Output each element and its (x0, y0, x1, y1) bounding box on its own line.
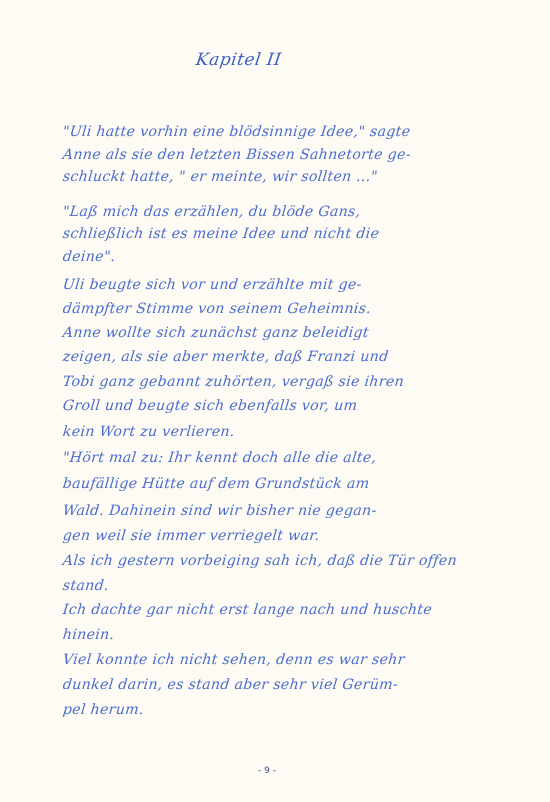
text-line: Als ich gestern vorbeiging sah ich, daß … (62, 553, 458, 569)
text-line: dämpfter Stimme von seinem Geheimnis. (62, 301, 372, 317)
text-line: Ich dachte gar nicht erst lange nach und… (62, 602, 433, 618)
text-line: schluckt hatte, " er meinte, wir sollten… (62, 169, 378, 185)
text-line: "Hört mal zu: Ihr kennt doch alle die al… (62, 450, 377, 466)
text-line: baufällige Hütte auf dem Grundstück am (62, 476, 370, 492)
text-line: dunkel darin, es stand aber sehr viel Ge… (62, 677, 399, 693)
text-line: Viel konnte ich nicht sehen, denn es war… (62, 652, 406, 668)
text-line: schließlich ist es meine Idee und nicht … (62, 226, 380, 242)
text-line: zeigen, als sie aber merkte, daß Franzi … (62, 349, 389, 365)
text-line: stand. (62, 578, 110, 594)
text-line: "Laß mich das erzählen, du blöde Gans, (62, 204, 361, 220)
text-line: gen weil sie immer verriegelt war. (62, 528, 320, 544)
text-line: Wald. Dahinein sind wir bisher nie gegan… (62, 503, 377, 519)
handwritten-page: Kapitel II "Uli hatte vorhin eine blödsi… (0, 0, 550, 802)
text-line: Groll und beugte sich ebenfalls vor, um (62, 398, 358, 414)
text-line: Anne wollte sich zunächst ganz beleidigt (62, 325, 370, 341)
text-line: Uli beugte sich vor und erzählte mit ge- (62, 277, 363, 293)
chapter-title: Kapitel II (195, 50, 283, 70)
text-line: pel herum. (62, 702, 145, 718)
text-line: kein Wort zu verlieren. (62, 424, 236, 440)
text-line: "Uli hatte vorhin eine blödsinnige Idee,… (62, 124, 411, 140)
text-line: Tobi ganz gebannt zuhörten, vergaß sie i… (62, 374, 405, 390)
text-line: deine". (62, 249, 116, 265)
text-line: hinein. (62, 627, 115, 643)
text-line: Anne als sie den letzten Bissen Sahnetor… (62, 147, 412, 163)
page-number: - 9 - (258, 766, 276, 776)
